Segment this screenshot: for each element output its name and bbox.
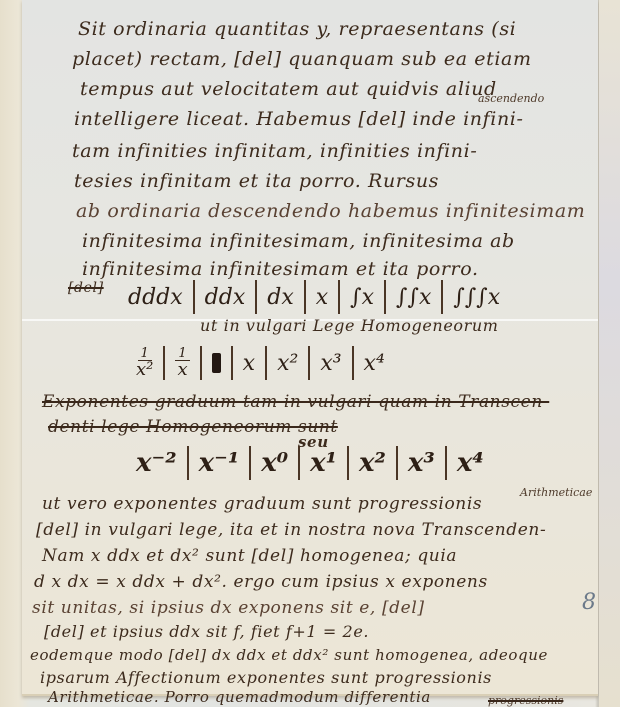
- cell-x2: x²: [267, 351, 308, 376]
- text-line-1: Sit ordinaria quantitas y, repraesentans…: [78, 18, 516, 40]
- closing-line-5: sit unitas, si ipsius dx exponens sit e,…: [32, 598, 425, 618]
- cell-int-x: ∫x: [340, 285, 384, 310]
- closing-line-7: eodemque modo [del] dx ddx et ddx² sunt …: [30, 646, 548, 664]
- adjacent-page-edge: [599, 0, 620, 707]
- text-line-8: infinitesima infinitesimam, infinitesima…: [82, 230, 515, 252]
- margin-numeral: 8: [582, 590, 596, 615]
- cell-x4: x⁴: [354, 351, 395, 376]
- text-line-2: placet) rectam, [del] quanquam sub ea et…: [72, 48, 532, 70]
- cell-x: x: [306, 285, 338, 310]
- closing-line-6: [del] et ipsius ddx sit f, fiet f+1 = 2e…: [44, 622, 369, 641]
- power-row: 1x² 1x x x² x³ x⁴: [126, 346, 395, 380]
- cell-x-neg1: x⁻¹: [189, 448, 250, 478]
- cell-inv-x: 1x: [165, 347, 199, 379]
- cell-x3: x³: [310, 351, 351, 376]
- text-line-9: infinitesima infinitesimam et ita porro.: [82, 258, 479, 280]
- margin-insert-progressionis: progressionis: [488, 694, 563, 707]
- text-line-6: tesies infinitam et ita porro. Rursus: [74, 170, 439, 192]
- cell-one: [202, 353, 231, 373]
- closing-line-8: ipsarum Affectionum exponentes sunt prog…: [40, 668, 492, 687]
- text-line-3: tempus aut velocitatem aut quidvis aliud: [80, 78, 497, 100]
- cell-int3-x: ∫∫∫x: [443, 285, 510, 310]
- cell-int2-x: ∫∫x: [386, 285, 441, 310]
- cell-x-2: x²: [349, 448, 396, 478]
- closing-line-3: Nam x ddx et dx² sunt [del] homogenea; q…: [42, 546, 457, 566]
- cell-x-0: x⁰: [251, 448, 298, 478]
- interlinear-insert: ascendendo: [478, 92, 544, 105]
- cell-x-3: x³: [398, 448, 445, 478]
- cell-inv-x-squared: 1x²: [126, 347, 163, 379]
- cell-x-1: x¹: [300, 448, 347, 478]
- cell-x-neg2: x⁻²: [126, 448, 187, 478]
- text-line-4: intelligere liceat. Habemus [del] inde i…: [74, 108, 524, 130]
- struck-line-2: denti lege Homogeneorum sunt: [48, 417, 338, 437]
- differential-row: dddx ddx dx x ∫x ∫∫x ∫∫∫x: [118, 280, 510, 314]
- exponent-row: x⁻² x⁻¹ x⁰ x¹ x² x³ x⁴: [126, 446, 494, 480]
- struck-line-1: Exponentes graduum tam in vulgari quam i…: [42, 392, 549, 412]
- cell-dx: dx: [257, 285, 304, 310]
- closing-line-9: Arithmeticae. Porro quemadmodum differen…: [48, 688, 431, 706]
- closing-line-2: [del] in vulgari lege, ita et in nostra …: [36, 520, 546, 540]
- ink-blot: [212, 353, 221, 373]
- margin-insert-arithmeticae: Arithmeticae: [520, 486, 592, 499]
- struck-row-label: [del]: [68, 280, 104, 296]
- cell-x1: x: [233, 351, 265, 376]
- closing-line-1: ut vero exponentes graduum sunt progress…: [42, 494, 482, 514]
- text-line-5: tam infinities infinitam, infinities inf…: [72, 140, 477, 162]
- cell-ddx: ddx: [195, 285, 256, 310]
- text-line-7: ab ordinaria descendendo habemus infinit…: [76, 200, 585, 222]
- caption-homogeneity-law: ut in vulgari Lege Homogeneorum: [200, 316, 499, 335]
- cell-x-4: x⁴: [447, 448, 494, 478]
- closing-line-4: d x dx = x ddx + dx². ergo cum ipsius x …: [34, 572, 488, 592]
- cell-dddx: dddx: [118, 285, 193, 310]
